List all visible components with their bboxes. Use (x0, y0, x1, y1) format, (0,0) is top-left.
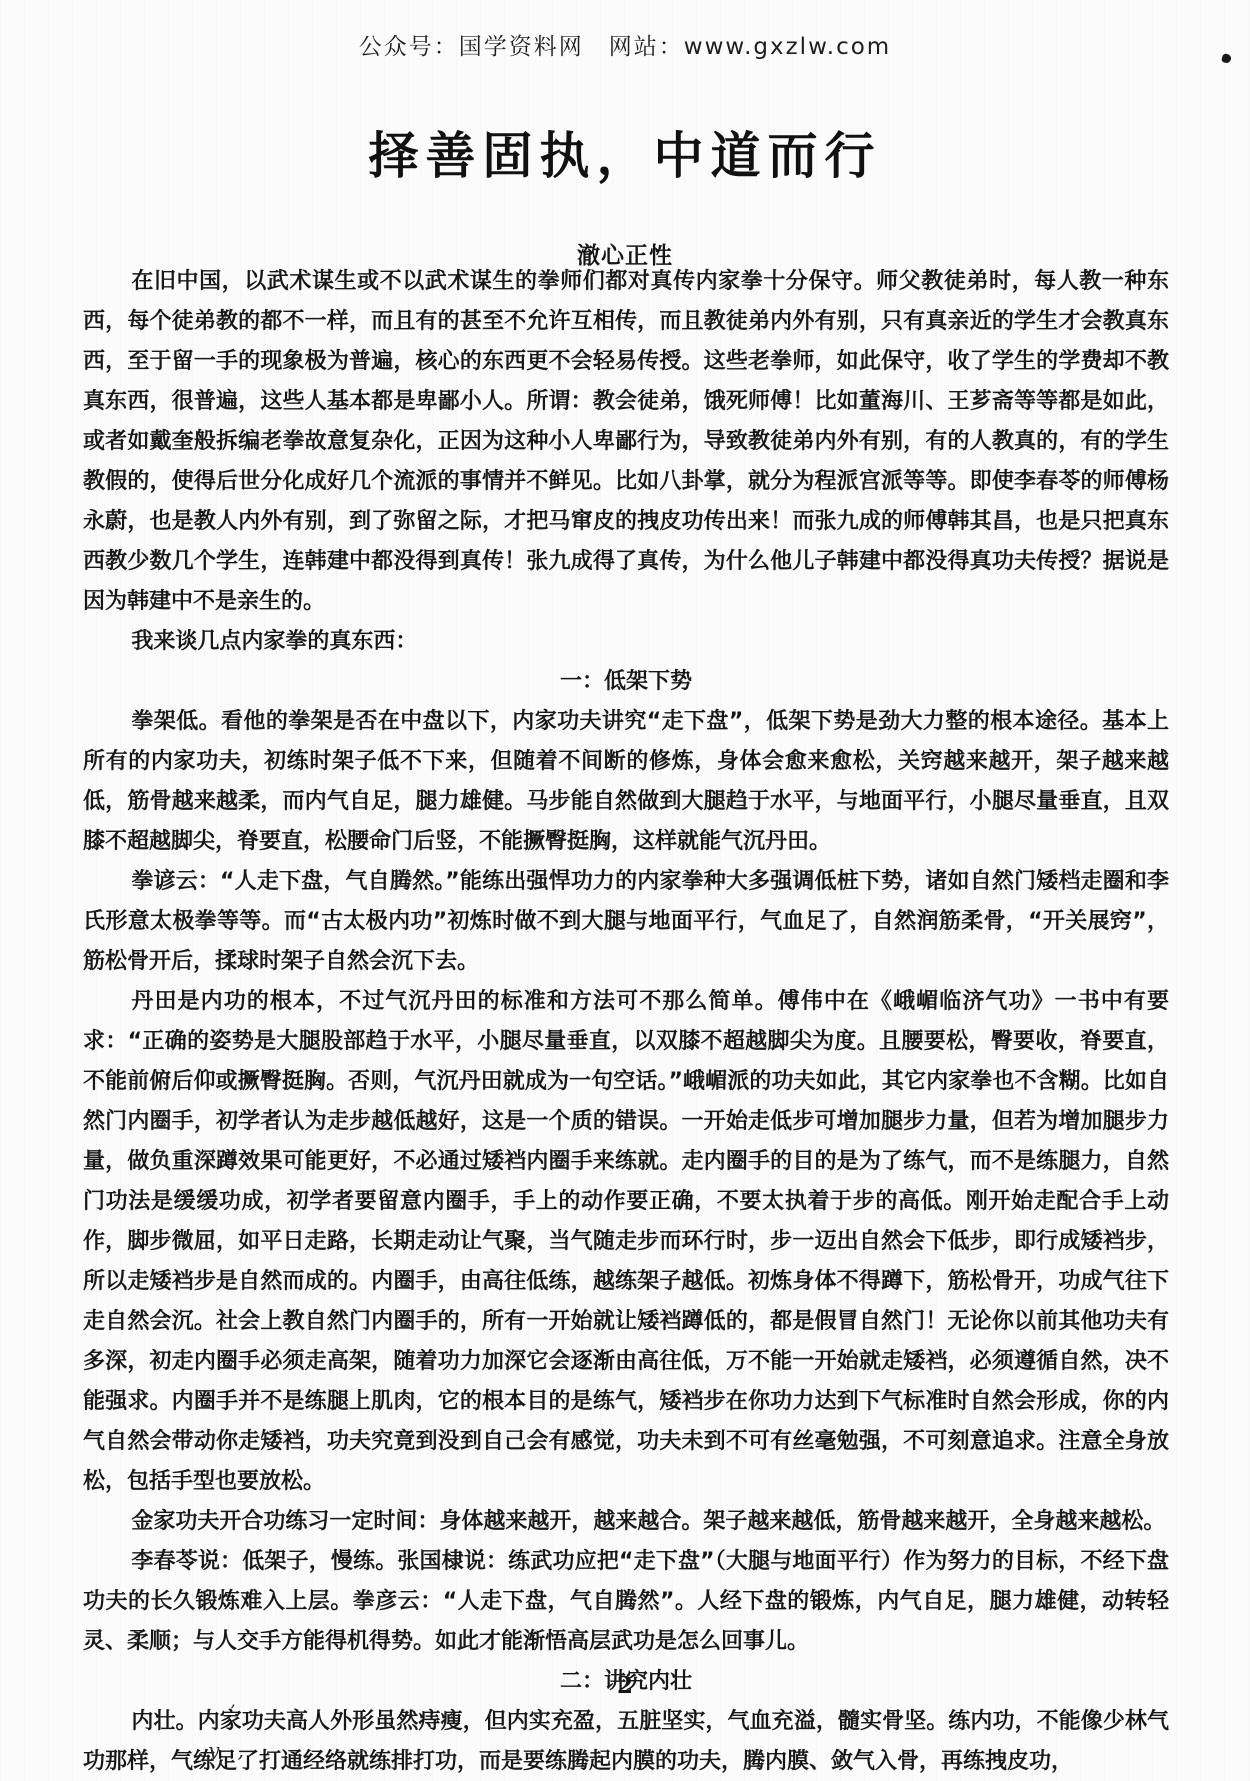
content-paragraph: 在旧中国，以武术谋生或不以武术谋生的拳师们都对真传内家拳十分保守。师父教徒弟时，… (83, 262, 1169, 622)
content-paragraph: 拳架低。看他的拳架是否在中盘以下，内家功夫讲究“走下盘”，低架下势是劲大力整的根… (83, 702, 1169, 862)
document-body: 在旧中国，以武术谋生或不以武术谋生的拳师们都对真传内家拳十分保守。师父教徒弟时，… (83, 262, 1169, 1781)
pen-mark: y , (208, 1738, 250, 1762)
content-paragraph: 李春苓说：低架子，慢练。张国棣说：练武功应把“走下盘”（大腿与地面平行）作为努力… (83, 1542, 1169, 1662)
pen-mark: ’ (230, 1702, 235, 1722)
page-title: 择善固执，中道而行 (0, 116, 1250, 188)
document-page: 公众号：国学资料网 网站：www.gxzlw.com 择善固执，中道而行 澈心正… (0, 0, 1250, 1781)
content-paragraph: 丹田是内功的根本，不过气沉丹田的标准和方法可不那么简单。傅伟中在《峨嵋临济气功》… (83, 982, 1169, 1502)
page-header: 公众号：国学资料网 网站：www.gxzlw.com (0, 28, 1250, 61)
content-paragraph: 拳谚云：“人走下盘，气自腾然。”能练出强悍功力的内家拳种大多强调低桩下势，诸如自… (83, 862, 1169, 982)
content-paragraph: 金家功夫开合功练习一定时间：身体越来越开，越来越合。架子越来越低，筋骨越来越开，… (83, 1502, 1169, 1542)
content-heading: 一：低架下势 (83, 662, 1169, 702)
content-paragraph: 我来谈几点内家拳的真东西： (83, 622, 1169, 662)
page-number: 2 (0, 1672, 1250, 1699)
